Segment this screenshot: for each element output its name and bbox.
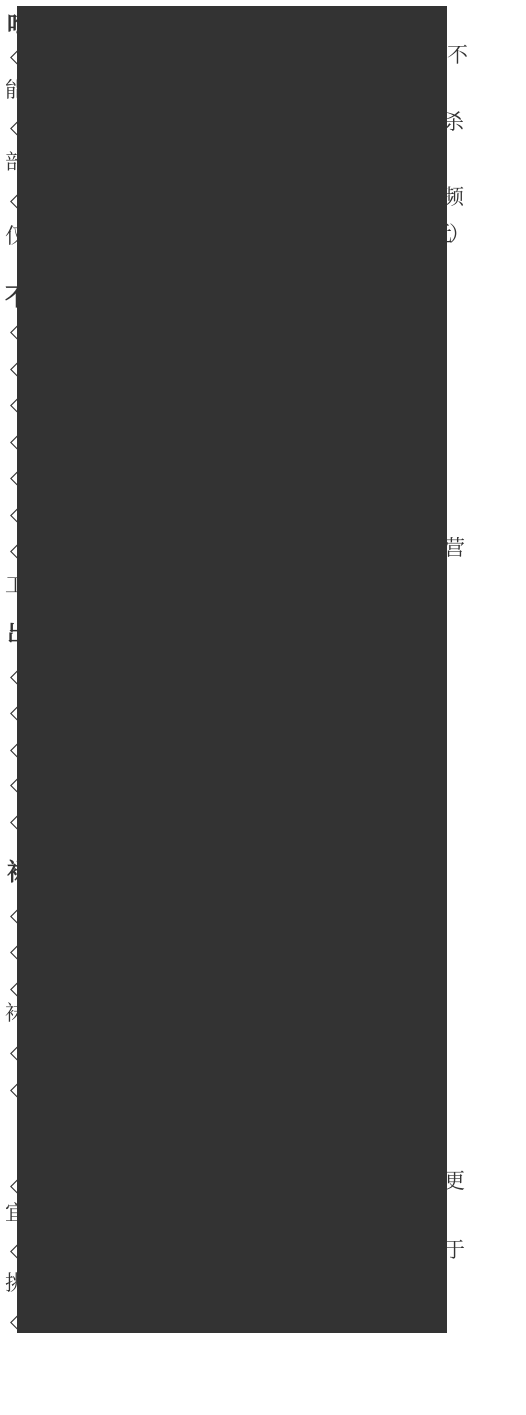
line-end-fragment: 不 bbox=[447, 45, 468, 66]
line-end-fragment: 更 bbox=[444, 1171, 465, 1192]
close-paren: ） bbox=[449, 224, 470, 245]
redaction-overlay bbox=[17, 6, 447, 1333]
line-end-fragment: 营 bbox=[444, 538, 465, 559]
document-page: 吃◇不能◇杀部◇频仅元）不◇◇◇◇◇◇◇营工出◇◇◇◇◇裙◇◇◇袜◇◇◇更宜◇于… bbox=[0, 0, 526, 1415]
line-end-fragment: 于 bbox=[444, 1240, 465, 1261]
